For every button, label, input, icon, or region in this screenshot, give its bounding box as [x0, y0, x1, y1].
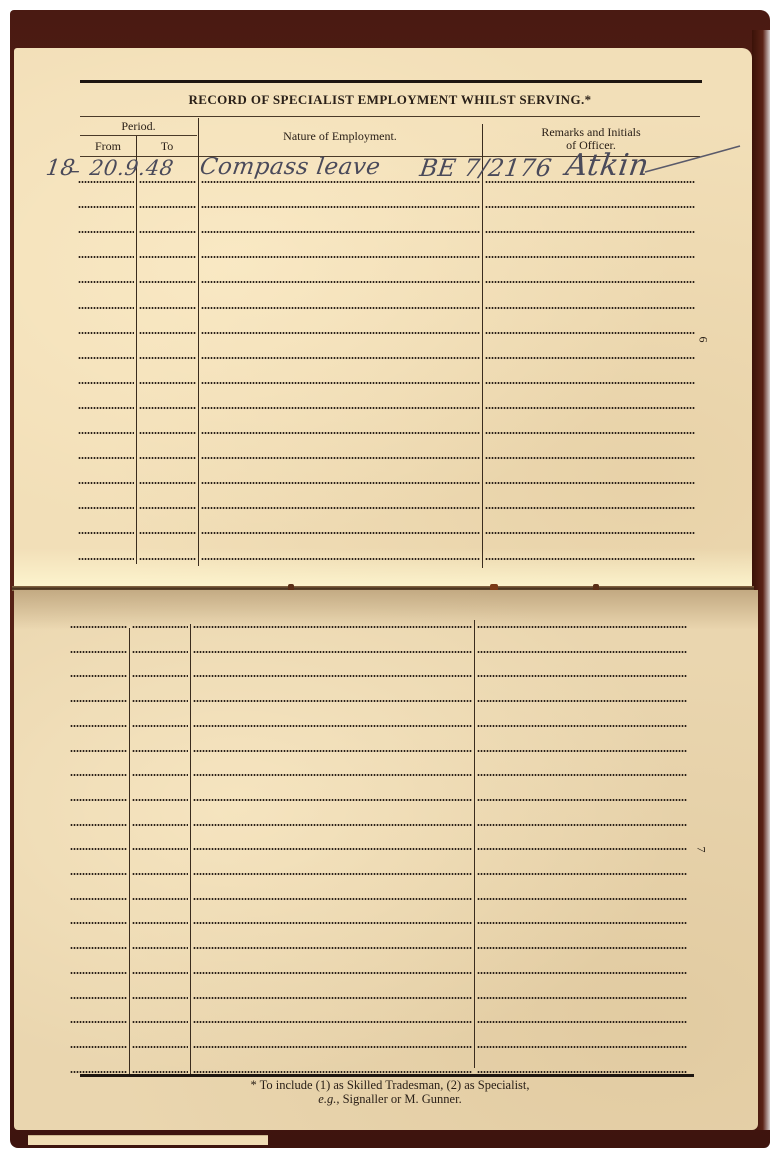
ruled-line	[132, 972, 188, 974]
top-heavy-rule	[80, 80, 702, 83]
ruled-line	[477, 873, 687, 875]
ruled-line	[193, 848, 472, 850]
ruled-line	[78, 256, 134, 258]
ruled-line	[193, 750, 472, 752]
signature-flourish	[640, 140, 750, 180]
header-rule	[80, 116, 700, 117]
footnote-line2: e.g., Signaller or M. Gunner.	[80, 1092, 700, 1106]
ruled-line	[78, 407, 134, 409]
footnote-line1: * To include (1) as Skilled Tradesman, (…	[80, 1078, 700, 1092]
ruled-line	[132, 824, 188, 826]
entry-nature: Compass leave	[198, 154, 382, 180]
ruled-line	[477, 824, 687, 826]
ruled-line	[78, 558, 134, 560]
ruled-line	[139, 407, 196, 409]
ruled-line	[70, 922, 127, 924]
ruled-line	[193, 626, 472, 628]
ruled-line	[132, 651, 188, 653]
ruled-line	[78, 307, 134, 309]
ruled-line	[485, 532, 695, 534]
ruled-line	[193, 725, 472, 727]
ruled-line	[477, 750, 687, 752]
ruled-line	[193, 922, 472, 924]
ruled-line	[139, 231, 196, 233]
ruled-line	[132, 898, 188, 900]
col-divider-period-nature-bottom	[190, 624, 191, 1074]
ruled-line	[139, 432, 196, 434]
ruled-line	[132, 626, 188, 628]
ruled-line	[477, 848, 687, 850]
ruled-line	[139, 457, 196, 459]
ruled-line	[477, 651, 687, 653]
page-bottom	[14, 590, 758, 1130]
ruled-line	[477, 898, 687, 900]
header-period: Period.	[80, 120, 197, 133]
ruled-line	[193, 774, 472, 776]
footnote-eg: e.g.,	[318, 1092, 339, 1106]
entry-officer-initials: Atkin	[564, 148, 652, 183]
ruled-line	[485, 231, 695, 233]
ruled-line	[70, 1021, 127, 1023]
ruled-line	[477, 972, 687, 974]
ruled-line	[477, 675, 687, 677]
ruled-line	[139, 281, 196, 283]
ruled-line	[132, 922, 188, 924]
ruled-line	[201, 558, 480, 560]
ruled-line	[132, 997, 188, 999]
ruled-line	[193, 799, 472, 801]
col-divider-nature-remarks	[482, 124, 483, 568]
ruled-line	[201, 181, 480, 183]
ruled-line	[78, 281, 134, 283]
ruled-line	[78, 382, 134, 384]
ruled-line	[193, 1021, 472, 1023]
ruled-line	[139, 357, 196, 359]
ruled-line	[485, 357, 695, 359]
bottom-heavy-rule	[80, 1074, 694, 1077]
ruled-line	[485, 558, 695, 560]
ruled-line	[201, 382, 480, 384]
ruled-line	[139, 482, 196, 484]
ruled-line	[477, 1046, 687, 1048]
ruled-line	[485, 382, 695, 384]
ruled-line	[78, 332, 134, 334]
ruled-line	[477, 997, 687, 999]
ruled-line	[78, 181, 134, 183]
ruled-line	[78, 507, 134, 509]
ruled-line	[193, 898, 472, 900]
ruled-line	[132, 774, 188, 776]
ruled-line	[70, 997, 127, 999]
ruled-line	[477, 947, 687, 949]
col-divider-period-nature	[198, 118, 199, 566]
ruled-line	[139, 507, 196, 509]
ruled-line	[485, 256, 695, 258]
ruled-line	[70, 898, 127, 900]
ruled-line	[70, 873, 127, 875]
ruled-line	[139, 256, 196, 258]
ruled-line	[139, 558, 196, 560]
ruled-line	[477, 1021, 687, 1023]
ruled-line	[139, 206, 196, 208]
ruled-line	[70, 848, 127, 850]
ruled-line	[201, 407, 480, 409]
ruled-line	[78, 457, 134, 459]
ruled-line	[193, 972, 472, 974]
ruled-line	[477, 774, 687, 776]
page-number-top: 6	[696, 337, 711, 343]
ruled-line	[485, 307, 695, 309]
page-tab	[28, 1135, 268, 1145]
ruled-line	[139, 532, 196, 534]
ruled-line	[70, 824, 127, 826]
ruled-line	[139, 307, 196, 309]
ruled-line	[193, 997, 472, 999]
header-to: To	[137, 140, 197, 153]
ruled-line	[139, 382, 196, 384]
ruled-line	[477, 922, 687, 924]
ruled-line	[193, 947, 472, 949]
page-title: RECORD OF SPECIALIST EMPLOYMENT WHILST S…	[80, 92, 700, 108]
ruled-line	[477, 1071, 687, 1073]
ruled-line	[70, 626, 127, 628]
ruled-line	[132, 873, 188, 875]
ruled-line	[477, 725, 687, 727]
ruled-line	[78, 231, 134, 233]
period-subrule	[80, 135, 197, 136]
ruled-line	[139, 181, 196, 183]
ruled-line	[485, 432, 695, 434]
ruled-line	[201, 206, 480, 208]
ruled-line	[193, 651, 472, 653]
ruled-line	[193, 873, 472, 875]
footnote: * To include (1) as Skilled Tradesman, (…	[80, 1078, 700, 1106]
ruled-line	[477, 700, 687, 702]
ruled-line	[132, 1071, 188, 1073]
col-divider-nature-remarks-bottom	[474, 620, 475, 1068]
ruled-line	[70, 750, 127, 752]
ruled-line	[201, 256, 480, 258]
ruled-line	[201, 332, 480, 334]
ruled-line	[132, 675, 188, 677]
ruled-line	[70, 774, 127, 776]
ruled-line	[70, 1071, 127, 1073]
ruled-line	[201, 482, 480, 484]
ruled-line	[70, 799, 127, 801]
ruled-line	[132, 700, 188, 702]
ruled-line	[132, 725, 188, 727]
ruled-line	[70, 725, 127, 727]
ruled-line	[485, 181, 695, 183]
header-nature: Nature of Employment.	[198, 130, 482, 143]
ruled-line	[78, 432, 134, 434]
ruled-line	[70, 651, 127, 653]
ruled-line	[132, 1021, 188, 1023]
ruled-line	[132, 947, 188, 949]
ruled-line	[485, 482, 695, 484]
ruled-line	[193, 700, 472, 702]
ruled-line	[477, 626, 687, 628]
col-divider-from-to-bottom	[129, 628, 130, 1074]
ruled-line	[193, 675, 472, 677]
ruled-line	[485, 206, 695, 208]
ruled-line	[485, 332, 695, 334]
ruled-line	[70, 1046, 127, 1048]
ruled-line	[70, 947, 127, 949]
ruled-line	[70, 700, 127, 702]
page-number-bottom: 7	[694, 847, 709, 853]
ruled-line	[201, 281, 480, 283]
ruled-line	[132, 799, 188, 801]
col-divider-from-to	[136, 136, 137, 564]
ruled-line	[193, 1046, 472, 1048]
ruled-line	[485, 507, 695, 509]
ruled-line	[78, 206, 134, 208]
ruled-line	[201, 532, 480, 534]
ruled-line	[201, 457, 480, 459]
ruled-line	[201, 507, 480, 509]
ruled-line	[201, 432, 480, 434]
ruled-line	[477, 799, 687, 801]
ruled-line	[78, 532, 134, 534]
ruled-line	[201, 307, 480, 309]
ruled-line	[485, 407, 695, 409]
ruled-line	[70, 675, 127, 677]
ruled-line	[132, 1046, 188, 1048]
ruled-line	[201, 357, 480, 359]
ruled-line	[78, 357, 134, 359]
ruled-line	[78, 482, 134, 484]
ruled-line	[193, 1071, 472, 1073]
entry-reference: BE 7/2176	[418, 154, 554, 182]
ruled-line	[201, 231, 480, 233]
header-from: From	[80, 140, 136, 153]
ruled-line	[485, 457, 695, 459]
entry-to: 20.9.48	[88, 156, 175, 180]
ruled-line	[193, 824, 472, 826]
ruled-line	[132, 750, 188, 752]
ruled-line	[70, 972, 127, 974]
footnote-line2-text: Signaller or M. Gunner.	[339, 1092, 461, 1106]
ruled-line	[132, 848, 188, 850]
ruled-line	[485, 281, 695, 283]
ruled-line	[139, 332, 196, 334]
